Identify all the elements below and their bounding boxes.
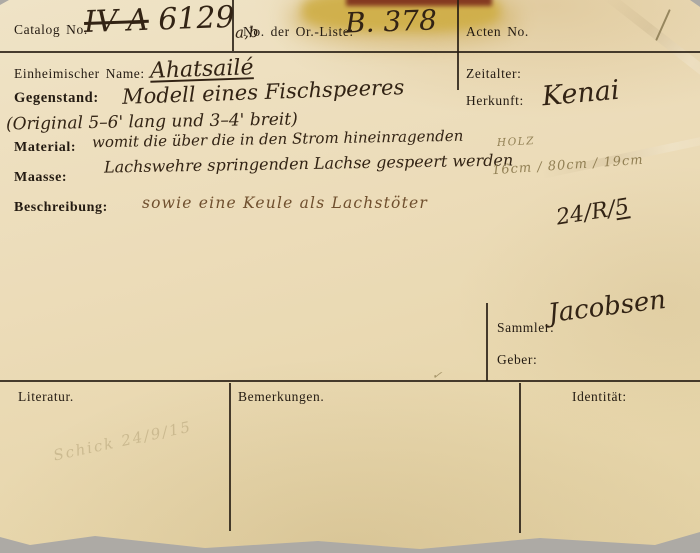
pencil-scribble: Schick 24/9/15 (52, 418, 194, 465)
catalog-card: Catalog No. IV A 6129a,b No. der Or.-Lis… (0, 0, 700, 553)
inventory-mark-den: 5 (613, 194, 631, 221)
orliste-value: B. 378 (344, 3, 437, 39)
scan-background: { "card": { "header": { "catalog_label":… (0, 0, 700, 553)
pencil-material-note: HOLZ (497, 135, 536, 149)
pencil-measurements-note: 16cm / 80cm / 19cm (492, 153, 644, 179)
material-handwriting-line2: Lachswehre springenden Lachse gespeert w… (104, 150, 514, 176)
gegenstand-label: Gegenstand: (14, 90, 99, 107)
identitaet-label: Identität: (572, 389, 627, 405)
footer-divider-1 (229, 383, 231, 531)
herkunft-label: Herkunft: (466, 93, 524, 109)
maasse-label: Maasse: (14, 170, 67, 186)
header-divider-2 (457, 0, 459, 90)
material-label: Material: (14, 140, 76, 156)
sammler-signature: Jacobsen (547, 285, 668, 329)
footer-rule (0, 380, 700, 382)
beschreibung-label: Beschreibung: (14, 200, 108, 216)
catalog-no-roman: IV A (83, 3, 149, 40)
zeitalter-label: Zeitalter: (466, 66, 521, 82)
pencil-check-mark: ✓ (431, 367, 443, 382)
literatur-label: Literatur. (18, 389, 74, 405)
inventory-mark: 24/R/5 (554, 194, 630, 230)
inventory-mark-main: 24/R/ (554, 197, 617, 231)
herkunft-value: Kenai (541, 75, 621, 113)
sammler-divider (486, 303, 488, 381)
geber-label: Geber: (497, 352, 537, 368)
bemerkungen-label: Bemerkungen. (238, 389, 324, 405)
catalog-no-value: IV A 6129a,b (83, 0, 258, 40)
beschreibung-value: sowie eine Keule als Lachstöter (142, 194, 428, 212)
catalog-no-label: Catalog No. (14, 22, 88, 38)
acten-no-label: Acten No. (466, 24, 529, 40)
footer-divider-2 (519, 383, 521, 533)
sammler-label: Sammler: (497, 320, 554, 336)
catalog-no-number: 6129 (158, 0, 236, 37)
orliste-label: No. der Or.-Liste: (243, 24, 354, 40)
einheimischer-name-label: Einheimischer Name: (14, 66, 145, 82)
header-rule (0, 51, 700, 53)
einheimischer-name-value: Ahatsailé (150, 55, 254, 84)
